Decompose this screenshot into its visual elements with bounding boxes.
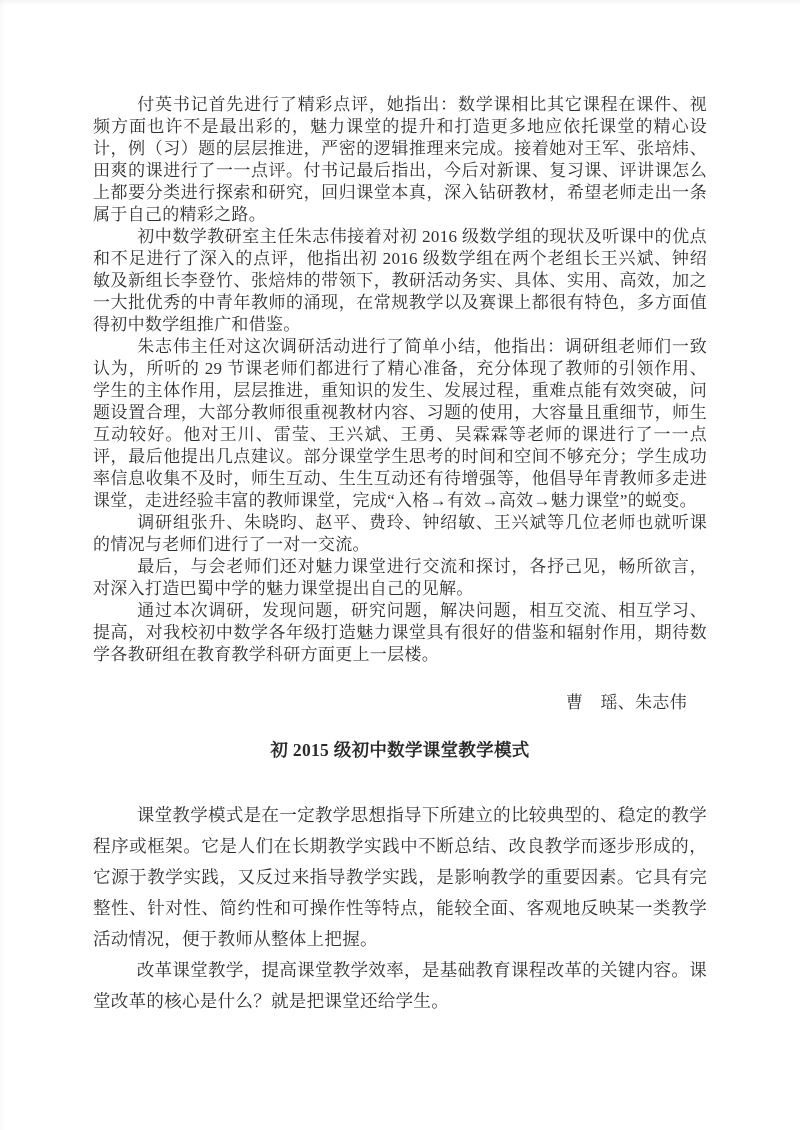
report-paragraph-2: 初中数学教研室主任朱志伟接着对初 2016 级数学组的现状及听课中的优点和不足进… — [93, 226, 707, 336]
document-page: 付英书记首先进行了精彩点评，她指出：数学课相比其它课程在课件、视频方面也许不是最… — [0, 0, 800, 1130]
essay-title: 初 2015 级初中数学课堂教学模式 — [93, 738, 707, 762]
author-signature: 曹 瑶、朱志伟 — [93, 692, 707, 714]
essay-section: 课堂教学模式是在一定教学思想指导下所建立的比较典型的、稳定的教学程序或框架。它是… — [93, 800, 707, 1017]
essay-paragraph-1: 课堂教学模式是在一定教学思想指导下所建立的比较典型的、稳定的教学程序或框架。它是… — [93, 800, 707, 955]
essay-paragraph-2: 改革课堂教学，提高课堂教学效率，是基础教育课程改革的关键内容。课堂改革的核心是什… — [93, 955, 707, 1017]
meeting-report-section: 付英书记首先进行了精彩点评，她指出：数学课相比其它课程在课件、视频方面也许不是最… — [93, 94, 707, 714]
report-paragraph-5: 最后，与会老师们还对魅力课堂进行交流和探讨，各抒己见，畅所欲言，对深入打造巴蜀中… — [93, 556, 707, 600]
report-paragraph-4: 调研组张升、朱晓昀、赵平、费玲、钟绍敏、王兴斌等几位老师也就听课的情况与老师们进… — [93, 512, 707, 556]
report-paragraph-3: 朱志伟主任对这次调研活动进行了简单小结，他指出：调研组老师们一致认为，所听的 2… — [93, 336, 707, 512]
report-paragraph-6: 通过本次调研，发现问题，研究问题，解决问题，相互交流、相互学习、提高，对我校初中… — [93, 600, 707, 666]
report-paragraph-1: 付英书记首先进行了精彩点评，她指出：数学课相比其它课程在课件、视频方面也许不是最… — [93, 94, 707, 226]
document-body: 付英书记首先进行了精彩点评，她指出：数学课相比其它课程在课件、视频方面也许不是最… — [93, 94, 707, 1017]
